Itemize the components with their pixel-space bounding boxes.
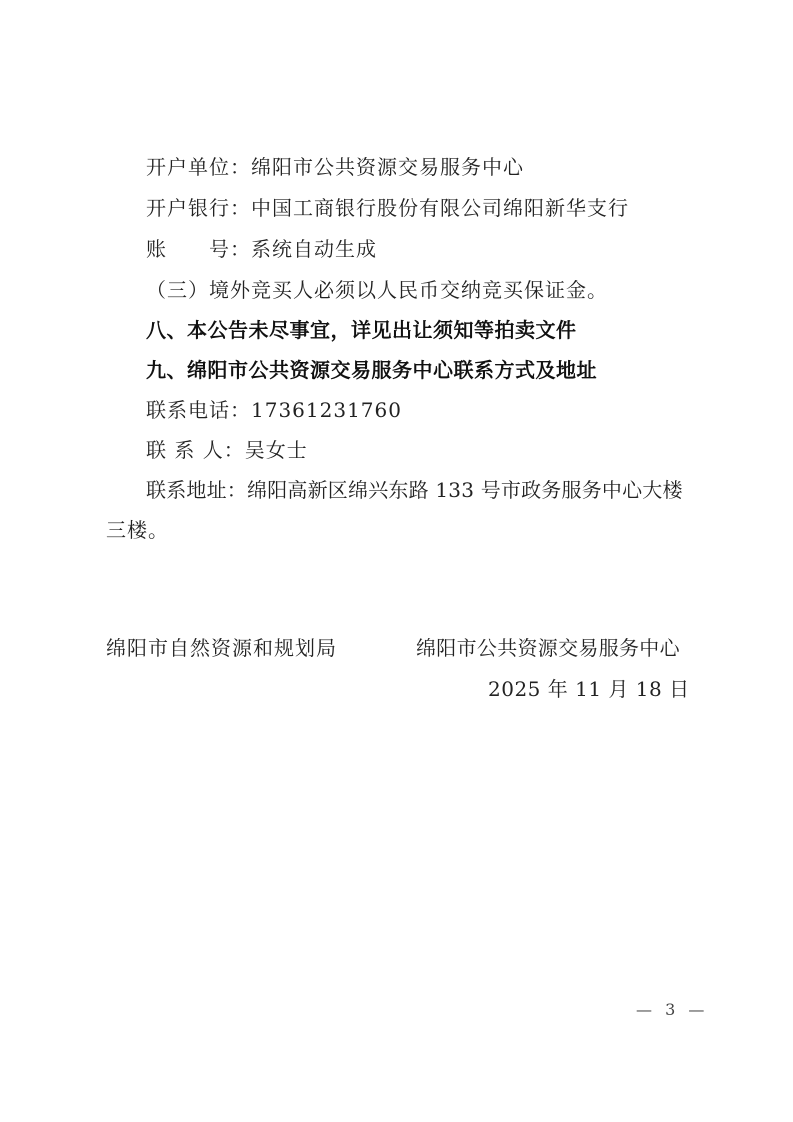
contact-address-cont: 三楼。 [106,518,169,542]
account-number: 账 号：系统自动生成 [146,237,377,261]
contact-phone: 联系电话：17361231760 [146,398,402,422]
section-8-heading: 八、本公告未尽事宜，详见出让须知等拍卖文件 [146,318,577,342]
signature-right: 绵阳市公共资源交易服务中心 [416,636,680,660]
section-9-heading: 九、绵阳市公共资源交易服务中心联系方式及地址 [146,358,597,382]
contact-person: 联 系 人：吴女士 [146,438,308,462]
signature-left: 绵阳市自然资源和规划局 [106,636,337,660]
account-bank: 开户银行：中国工商银行股份有限公司绵阳新华支行 [146,196,629,220]
signature-date: 2025 年 11 月 18 日 [488,677,690,701]
clause-3: （三）境外竞买人必须以人民币交纳竞买保证金。 [146,278,608,302]
contact-address: 联系地址：绵阳高新区绵兴东路 133 号市政务服务中心大楼 [146,478,683,502]
account-unit: 开户单位：绵阳市公共资源交易服务中心 [146,155,524,179]
page-number: — 3 — [636,1000,708,1019]
